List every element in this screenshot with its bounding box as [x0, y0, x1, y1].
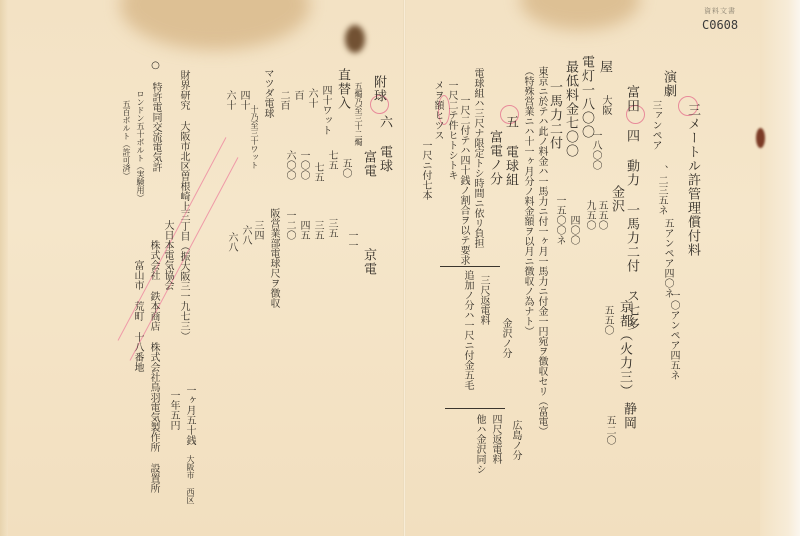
- text-column: 株式会社 鉄本商店 株式会社鳥羽電気製作所 設置所: [148, 240, 158, 493]
- text-column: 京電: [362, 248, 375, 276]
- text-column: 三五: [326, 218, 336, 238]
- text-column: 五燭乃至三十二燭: [354, 82, 362, 146]
- text-column: 四尺返電料: [490, 414, 500, 464]
- text-column: 静岡: [622, 402, 635, 430]
- text-column: 六十: [224, 90, 234, 110]
- paper-edge-left: [0, 0, 8, 536]
- text-column: 一〇〇: [298, 150, 308, 180]
- text-column: 五五〇: [596, 200, 606, 230]
- text-column: ○ 特許電同交流電気許: [150, 60, 160, 172]
- text-column: 五五〇: [602, 305, 612, 335]
- text-column: 三五: [312, 220, 322, 240]
- scanned-document-page: 資料文書 C0608 演劇 三ァンペア 、二三五ネ 五アンペア四〇ネ 一〇アンペ…: [0, 0, 800, 536]
- text-column: 阪営業部電球尺ヲ徴収: [268, 208, 278, 308]
- divider-rule: [440, 266, 500, 267]
- text-column: 一尺二付テハ四十銭ノ割合ヲ以テ要求: [458, 95, 468, 265]
- text-column: 電灯一八〇〇: [580, 55, 593, 139]
- text-column: 百: [292, 90, 302, 100]
- divider-rule: [445, 408, 505, 409]
- text-column: 三四: [252, 220, 262, 240]
- text-column: 五アンペア四〇ネ: [662, 218, 672, 298]
- text-column: 附球: [372, 75, 385, 103]
- ink-blot: [345, 25, 365, 53]
- text-column: 追加ノ分ハ一尺ニ付金五毛: [462, 270, 472, 390]
- text-column: 富電: [362, 150, 375, 178]
- text-column: 四十ワット: [320, 85, 330, 135]
- archive-stamp: 資料文書 C0608: [702, 6, 738, 32]
- text-column: 三メートル許管理償付料: [686, 103, 699, 257]
- text-column: 六十: [306, 88, 316, 108]
- text-column: 七五: [312, 162, 322, 182]
- text-column: 富田 四 動力 一馬力二付 ス七多: [625, 85, 638, 331]
- text-column: 大阪市 西区: [186, 455, 194, 504]
- text-column: 五百ボルト（許可済）: [122, 100, 130, 180]
- center-fold-crease: [403, 0, 406, 536]
- text-column: 大阪: [600, 95, 610, 115]
- text-column: 五二〇: [604, 415, 614, 445]
- water-stain: [120, 0, 310, 50]
- text-column: 六八: [226, 232, 236, 252]
- text-column: 三尺返電料: [478, 275, 488, 325]
- archive-code: C0608: [702, 18, 738, 32]
- text-column: 富電ノ分: [488, 130, 501, 186]
- text-column: 二百: [278, 90, 288, 110]
- text-column: 、二三五ネ: [656, 165, 666, 215]
- archive-label: 資料文書: [702, 6, 738, 16]
- text-column: 四十: [238, 90, 248, 110]
- text-column: 演劇: [662, 70, 675, 98]
- text-column: 五 電球組: [504, 115, 517, 187]
- text-column: 金沢ノ分: [500, 318, 510, 358]
- text-column: 一馬力二付: [548, 80, 561, 150]
- text-column: （特殊営業ニハ十一ヶ月分ノ料金額ヲ以月ニ徴収ノ為ナト）: [522, 66, 532, 336]
- text-column: 東京ニ於テハ此ノ料金ハ一馬力ニ付一ヶ月一馬力ニ付金一円宛ヲ徴収セリ（富電）: [536, 66, 546, 436]
- text-column: 一〇アンペア四五ネ: [668, 290, 678, 380]
- text-column: 大日本電気協会: [162, 220, 172, 290]
- text-column: 六 電球: [378, 115, 391, 173]
- text-column: 富山市 荒町 十八番地: [132, 260, 142, 372]
- text-column: 一一: [346, 230, 356, 250]
- text-column: ロンドン五十ボルト（実験用）: [136, 90, 144, 202]
- text-column: 広島ノ分: [510, 420, 520, 460]
- text-column: 財界研究 大阪市北区曽根崎上三丁目（振大阪三一九七三）: [178, 70, 188, 341]
- text-column: 金沢: [610, 185, 623, 213]
- text-column: 他ハ金沢同シ: [474, 414, 484, 474]
- text-column: 五〇: [340, 158, 350, 178]
- text-column: 電球組ハ三尺ナ限定トシ時間ニ依リ負担: [472, 68, 482, 248]
- text-column: 一五〇〇ネ: [554, 195, 564, 245]
- text-column: 屋: [598, 60, 611, 74]
- text-column: 一年五円: [168, 390, 178, 430]
- text-column: 最低料金七〇〇: [564, 60, 577, 158]
- text-column: メヲ額ヒツス: [432, 80, 442, 140]
- paper-edge-right: [760, 0, 800, 536]
- text-column: 一尺二テ件ヒトシトキ: [446, 80, 456, 180]
- text-column: マツダ電球: [262, 68, 272, 118]
- text-column: 一二〇: [284, 210, 294, 240]
- text-column: 六八: [240, 225, 250, 245]
- text-column: 一ヶ月五十銭: [184, 385, 194, 445]
- text-column: 直替入: [336, 68, 349, 110]
- text-column: 四〇〇: [568, 215, 578, 245]
- water-stain: [520, 0, 640, 30]
- text-column: 六〇〇: [284, 150, 294, 180]
- text-column: 十乃至三十ワット: [250, 105, 258, 169]
- text-column: 四五: [298, 220, 308, 240]
- text-column: 九五〇: [584, 200, 594, 230]
- text-column: 七五: [326, 150, 336, 170]
- text-column: 三ァンペア: [650, 100, 660, 150]
- ink-blot: [756, 128, 765, 148]
- text-column: 一尺ニ付七本: [420, 140, 430, 200]
